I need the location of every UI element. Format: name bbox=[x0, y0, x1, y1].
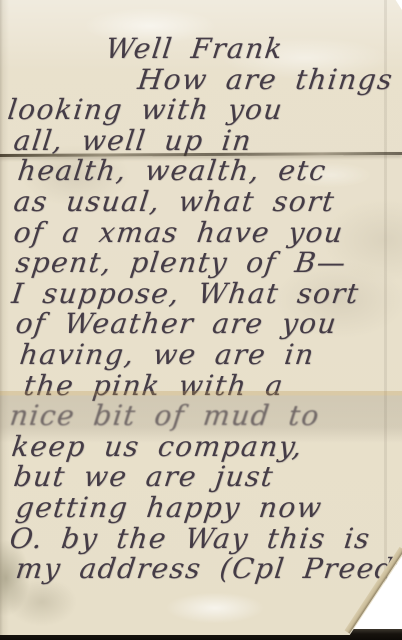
handwritten-line: of Weather are you bbox=[14, 309, 402, 340]
letter-photo: Well Frank How are things looking with y… bbox=[0, 0, 402, 640]
handwritten-line: getting happy now bbox=[14, 493, 402, 524]
handwritten-line: my address (Cpl Preedy bbox=[14, 554, 402, 585]
handwritten-line: as usual, what sort bbox=[12, 187, 402, 218]
handwritten-line: health, wealth, etc bbox=[16, 156, 402, 187]
handwritten-line: having, we are in bbox=[18, 340, 402, 371]
letter-paper: Well Frank How are things looking with y… bbox=[0, 0, 402, 635]
handwritten-line: I suppose, What sort bbox=[10, 279, 402, 310]
handwritten-line: spent, plenty of B— bbox=[14, 248, 402, 279]
handwritten-line: Well Frank bbox=[104, 34, 402, 65]
handwritten-line: How are things bbox=[136, 65, 402, 96]
fold-crease-lower bbox=[0, 391, 402, 443]
handwritten-line: O. by the Way this is bbox=[8, 524, 402, 555]
handwritten-line: but we are just bbox=[12, 462, 402, 493]
handwritten-line: looking with you bbox=[6, 95, 402, 126]
letter-body-text: Well Frank How are things looking with y… bbox=[0, 34, 402, 585]
handwritten-line: of a xmas have you bbox=[12, 218, 402, 249]
